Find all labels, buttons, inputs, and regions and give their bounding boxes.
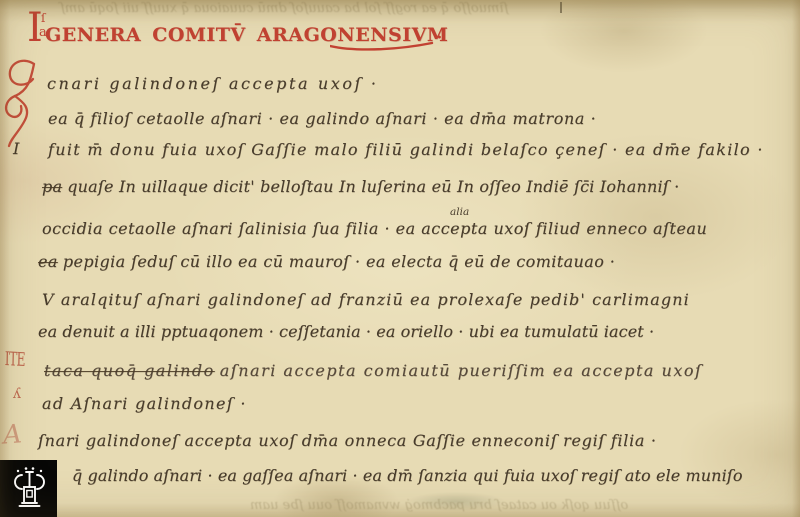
- manuscript-line-10: ad Aſnari galindoneſ ·: [42, 394, 247, 413]
- rubric-underline-flourish: [330, 40, 434, 54]
- ruling-tick: [560, 2, 562, 13]
- line-text: pepigia ſeduſ cū illo ea cū mauroſ · ea …: [63, 252, 615, 271]
- library-stamp: [0, 460, 57, 517]
- manuscript-line-3: fuit m̄ donu fuia uxoſ Gaſſie malo filiū…: [48, 140, 764, 159]
- manuscript-line-6: eapepigia ſeduſ cū illo ea cū mauroſ · e…: [38, 252, 615, 271]
- manuscript-line-8: ea denuit a illi pptuaqonem · ceſſetania…: [38, 322, 654, 341]
- manuscript-line-2: ea q̄ filioſ cetaolle aſnari · ea galind…: [48, 109, 596, 128]
- marginal-mark-ite: ITE: [5, 348, 26, 371]
- showthrough-top-text: ſimuoſſo q̄ ea rogſſ ſol ba cauuſoſ dmū …: [60, 1, 508, 16]
- manuscript-line-5: occidia cetaolle aſnari ſalinisia ſua fi…: [42, 219, 707, 238]
- rubric-end-mark: ·: [436, 26, 443, 51]
- struck-word: ea: [38, 252, 58, 271]
- manuscript-line-11: ſnari galindoneſ accepta uxoſ dm̄a onnec…: [38, 431, 657, 450]
- marginal-mark-lambda: ʎ: [13, 386, 21, 402]
- manuscript-line-4: paquaſe In uillaque dicit' belloſtau In …: [42, 177, 679, 196]
- manuscript-line-7: V aralqituſ aſnari galindoneſ ad franziū…: [42, 290, 690, 309]
- marginal-faded-initial-a: A: [2, 419, 23, 450]
- interlinear-gloss-alia: alia: [450, 206, 469, 218]
- rubric-marginal-superscript-top: ſ: [41, 11, 45, 25]
- struck-words: taca quoq̄ galindo: [44, 361, 215, 380]
- decorated-initial-a-icon: [0, 56, 46, 152]
- showthrough-bottom-text: oſſuu qoſk ou cataeſ bru pacbmoġ wvnamoſ…: [250, 498, 628, 513]
- struck-word: pa: [42, 177, 62, 196]
- line-3-initial: I: [13, 139, 19, 158]
- manuscript-line-9: taca quoq̄ galindoaſnari accepta comiaut…: [44, 361, 702, 380]
- line-text: aſnari accepta comiautū pueriſſim ea acc…: [220, 361, 703, 380]
- manuscript-page: ſimuoſſo q̄ ea rogſſ ſol ba cauuſoſ dmū …: [0, 0, 800, 517]
- lamp-tower-stamp-icon: [0, 460, 57, 517]
- manuscript-line-12: q̄ galindo aſnari · ea gaſſea aſnari · e…: [72, 466, 743, 485]
- manuscript-line-1: cnari galindoneſ accepta uxoſ ·: [47, 74, 379, 93]
- line-text: quaſe In uillaque dicit' belloſtau In lu…: [67, 177, 679, 196]
